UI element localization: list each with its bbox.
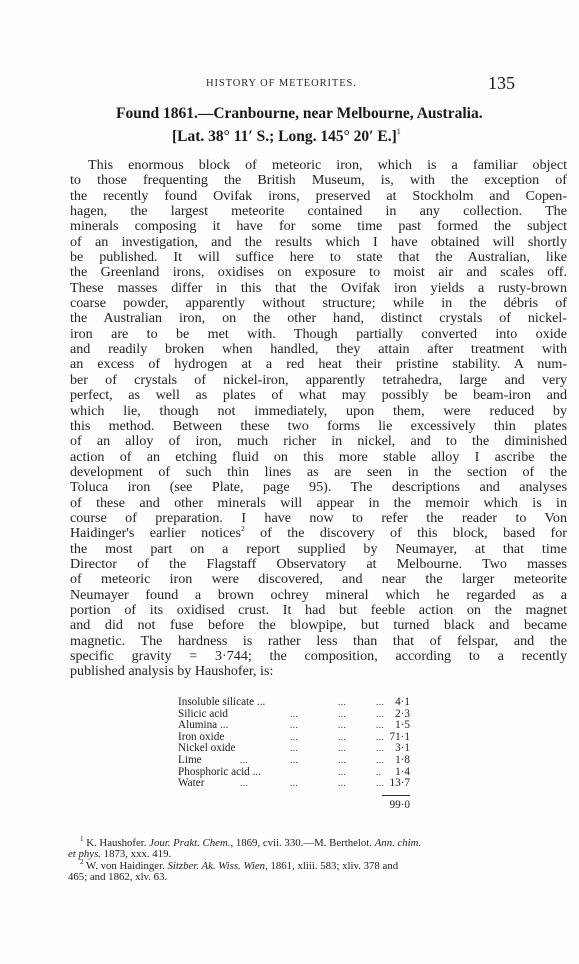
text-line: this method. Between these two forms lie… bbox=[70, 419, 567, 434]
leader-dots: ... bbox=[290, 732, 298, 744]
component-name: Insoluble silicate ... bbox=[178, 697, 265, 709]
component-value: 13·7 bbox=[389, 778, 410, 790]
leader-dots: ... bbox=[290, 743, 298, 755]
component-name: Water bbox=[178, 778, 204, 790]
text-line: the Greenland irons, oxidises on exposur… bbox=[70, 265, 567, 280]
leader-dots: ... bbox=[338, 743, 346, 755]
table-row: Insoluble silicate .........4·1 bbox=[178, 697, 410, 709]
leader-dots: ... bbox=[240, 755, 248, 767]
footnotes: 1 K. Haushofer. Jour. Prakt. Chem., 1869… bbox=[68, 838, 568, 884]
page-number: 135 bbox=[488, 73, 515, 94]
text-line: action of an etching fluid on this more … bbox=[70, 450, 567, 465]
text-line: which lie, though not immediately, upon … bbox=[70, 404, 567, 419]
text-line: and readily broken when handled, they at… bbox=[70, 342, 567, 357]
sum-rule bbox=[382, 795, 410, 796]
leader-dots: ... bbox=[290, 778, 298, 790]
text-line: published analysis by Haushofer, is: bbox=[70, 664, 567, 679]
table-row: Nickel oxide.........3·1 bbox=[178, 743, 410, 755]
table-row: Lime............1·8 bbox=[178, 755, 410, 767]
leader-dots: ... bbox=[290, 755, 298, 767]
text-line: perfect, as well as plates of what may p… bbox=[70, 388, 567, 403]
text-line: Toluca iron (see Plate, page 95). The de… bbox=[70, 480, 567, 495]
text-line: magnetic. The hardness is rather less th… bbox=[70, 634, 567, 649]
text-line: course of preparation. I have now to ref… bbox=[70, 511, 567, 526]
footnote-line: 465; and 1862, xlv. 63. bbox=[68, 872, 568, 883]
text-line: minerals composing it have for some time… bbox=[70, 219, 567, 234]
text-line: specific gravity = 3·744; the compositio… bbox=[70, 649, 567, 664]
leader-dots: ... bbox=[338, 767, 346, 779]
text-line: of an investigation, and the results whi… bbox=[70, 235, 567, 250]
text-line: be published. It will suffice here to st… bbox=[70, 250, 567, 265]
text-line: the Australian iron, on the other hand, … bbox=[70, 311, 567, 326]
composition-table: Insoluble silicate .........4·1Silicic a… bbox=[178, 697, 410, 790]
text-line: the recently found Ovifak irons, preserv… bbox=[70, 189, 567, 204]
leader-dots: ... bbox=[338, 720, 346, 732]
text-line: hagen, the largest meteorite contained i… bbox=[70, 204, 567, 219]
leader-dots: ... bbox=[376, 755, 384, 767]
body-paragraph: This enormous block of meteoric iron, wh… bbox=[70, 158, 567, 680]
text-line: of an alloy of iron, much richer in nick… bbox=[70, 434, 567, 449]
text-line: portion of its oxidised crust. It had bu… bbox=[70, 603, 567, 618]
leader-dots: ... bbox=[338, 697, 346, 709]
footnote-1: 1 K. Haushofer. Jour. Prakt. Chem., 1869… bbox=[68, 838, 568, 861]
leader-dots: ... bbox=[338, 709, 346, 721]
text-line: iron are to be met with. Though partiall… bbox=[70, 327, 567, 342]
leader-dots: ... bbox=[376, 697, 384, 709]
table-row: Phosphoric acid ........1·4 bbox=[178, 767, 410, 779]
component-name: Lime bbox=[178, 755, 202, 767]
text-line: the most part on a report supplied by Ne… bbox=[70, 542, 567, 557]
text-line: an excess of hydrogen at a red heat thei… bbox=[70, 357, 567, 372]
heading-title: Found 1861.—Cranbourne, near Melbourne, … bbox=[116, 105, 483, 123]
total-value: 99·0 bbox=[389, 800, 410, 812]
component-value: 4·1 bbox=[395, 697, 410, 709]
leader-dots: ... bbox=[338, 732, 346, 744]
leader-dots: ... bbox=[376, 720, 384, 732]
text-line: of these and other minerals will appear … bbox=[70, 496, 567, 511]
text-line: to those frequenting the British Museum,… bbox=[70, 173, 567, 188]
leader-dots: ... bbox=[376, 743, 384, 755]
running-title: HISTORY OF METEORITES. bbox=[206, 78, 357, 89]
book-page: HISTORY OF METEORITES. 135 Found 1861.—C… bbox=[0, 0, 579, 964]
text-line: These masses differ in this that the Ovi… bbox=[70, 281, 567, 296]
leader-dots: ... bbox=[290, 709, 298, 721]
leader-dots: ... bbox=[290, 720, 298, 732]
text-line: Haidinger's earlier notices2 of the disc… bbox=[70, 526, 567, 541]
text-line: coarse powder, apparently without struct… bbox=[70, 296, 567, 311]
text-line: Neumayer found a brown ochrey mineral wh… bbox=[70, 588, 567, 603]
heading-coordinates: [Lat. 38° 11′ S.; Long. 145° 20′ E.]1 bbox=[172, 127, 401, 146]
leader-dots: ... bbox=[240, 778, 248, 790]
leader-dots: ... bbox=[338, 778, 346, 790]
table-row: Water............13·7 bbox=[178, 778, 410, 790]
footnote-ref-1[interactable]: 1 bbox=[397, 127, 401, 136]
leader-dots: ... bbox=[376, 709, 384, 721]
text-line: This enormous block of meteoric iron, wh… bbox=[70, 158, 567, 173]
text-line: ber of crystals of nickel-iron, apparent… bbox=[70, 373, 567, 388]
footnote-2: 2 W. von Haidinger. Sitzber. Ak. Wiss. W… bbox=[68, 861, 568, 884]
running-head: HISTORY OF METEORITES. 135 bbox=[0, 76, 579, 94]
coordinates-text: [Lat. 38° 11′ S.; Long. 145° 20′ E.] bbox=[172, 128, 397, 145]
leader-dots: .. bbox=[376, 767, 382, 779]
leader-dots: ... bbox=[338, 755, 346, 767]
leader-dots: ... bbox=[376, 778, 384, 790]
text-line: Director of the Flagstaff Observatory at… bbox=[70, 557, 567, 572]
text-line: and did not fuse before the blowpipe, bu… bbox=[70, 618, 567, 633]
leader-dots: ... bbox=[376, 732, 384, 744]
text-line: development of such thin lines as are se… bbox=[70, 465, 567, 480]
component-value: 1·8 bbox=[395, 755, 410, 767]
text-line: of meteoric iron were discovered, and ne… bbox=[70, 572, 567, 587]
